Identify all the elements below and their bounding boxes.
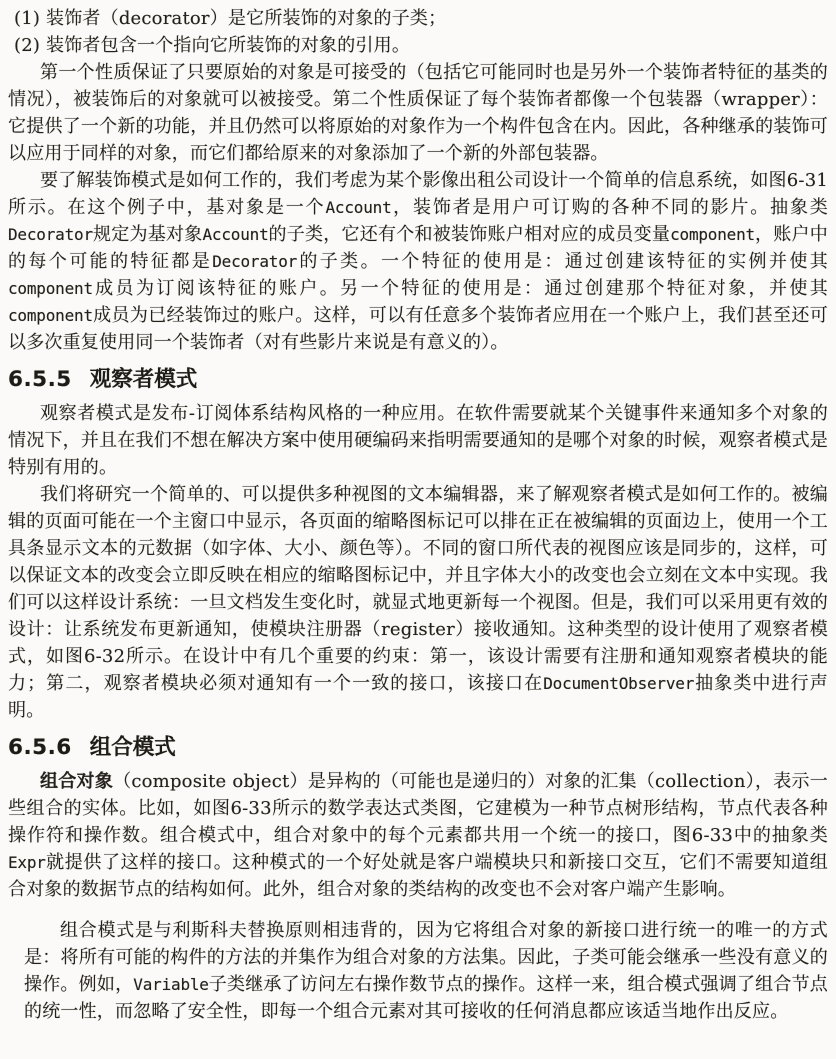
section-title: 组合模式 [90,735,176,760]
numbered-list-item-2: (2) 装饰者包含一个指向它所装饰的对象的引用。 [8,32,828,59]
code-token: component [670,225,755,244]
code-token: component [8,279,93,298]
paragraph-decorator-properties: 第一个性质保证了只要原始的对象是可接受的（包括它可能同时也是另外一个装饰者特征的… [8,59,828,167]
code-token: Variable [133,975,208,994]
paragraph-observer-intro: 观察者模式是发布-订阅体系结构风格的一种应用。在软件需要就某个关键事件来通知多个… [8,400,828,481]
code-token: Decorator [212,252,297,271]
text-segment: ，装饰者是用户可订购的各种不同的影片。抽象类 [392,197,829,218]
section-heading-composite: 6.5.6组合模式 [8,734,828,762]
text-segment: 观察者模式是发布-订阅体系结构风格的一种应用。在软件需要就某个关键事件来通知多个… [8,403,828,478]
paragraph-decorator-example: 要了解装饰模式是如何工作的，我们考虑为某个影像出租公司设计一个简单的信息系统，如… [8,167,828,356]
text-segment: (1) 装饰者（decorator）是它所装饰的对象的子类； [14,8,446,29]
text-segment: (2) 装饰者包含一个指向它所装饰的对象的引用。 [14,35,410,56]
code-token: Account [202,225,268,244]
code-token: Decorator [8,225,93,244]
scanned-book-page: (1) 装饰者（decorator）是它所装饰的对象的子类； (2) 装饰者包含… [0,0,836,1059]
text-segment: 成员为订阅该特征的账户。另一个特征的使用是：通过创建那个特征对象，并使其 [93,278,828,299]
paragraph-observer-editor: 我们将研究一个简单的、可以提供多种视图的文本编辑器，来了解观察者模式是如何工作的… [8,481,828,724]
code-token: DocumentObserver [543,674,694,693]
text-segment: 的子类，它还有个和被装饰账户相对应的成员变量 [269,224,671,245]
text-segment: 第一个性质保证了只要原始的对象是可接受的（包括它可能同时也是另外一个装饰者特征的… [8,62,828,164]
code-token: Expr [8,853,46,872]
text-segment: 组合对象 [40,771,113,792]
section-number: 6.5.5 [8,367,72,392]
text-segment: 的子类。一个特征的使用是：通过创建该特征的实例并使其 [297,251,828,272]
text-segment: 就提供了这样的接口。这种模式的一个好处就是客户端模块只和新接口交互，它们不需要知… [8,852,828,900]
text-segment: （composite object）是异构的（可能也是递归的）对象的汇集（col… [8,771,828,846]
text-segment: 我们将研究一个简单的、可以提供多种视图的文本编辑器，来了解观察者模式是如何工作的… [8,484,828,694]
section-number: 6.5.6 [8,735,72,760]
text-segment: 规定为基对象 [93,224,203,245]
section-title: 观察者模式 [90,367,198,392]
text-segment: 成员为已经装饰过的账户。这样，可以有任意多个装饰者应用在一个账户上，我们甚至还可… [8,305,828,353]
numbered-list-item-1: (1) 装饰者（decorator）是它所装饰的对象的子类； [8,5,828,32]
section-heading-observer: 6.5.5观察者模式 [8,366,828,394]
code-token: Account [325,198,391,217]
code-token: component [8,306,93,325]
paragraph-composite-intro: 组合对象（composite object）是异构的（可能也是递归的）对象的汇集… [8,768,828,903]
paragraph-composite-liskov: 组合模式是与利斯科夫替换原则相违背的，因为它将组合对象的新接口进行统一的唯一的方… [24,917,828,1025]
